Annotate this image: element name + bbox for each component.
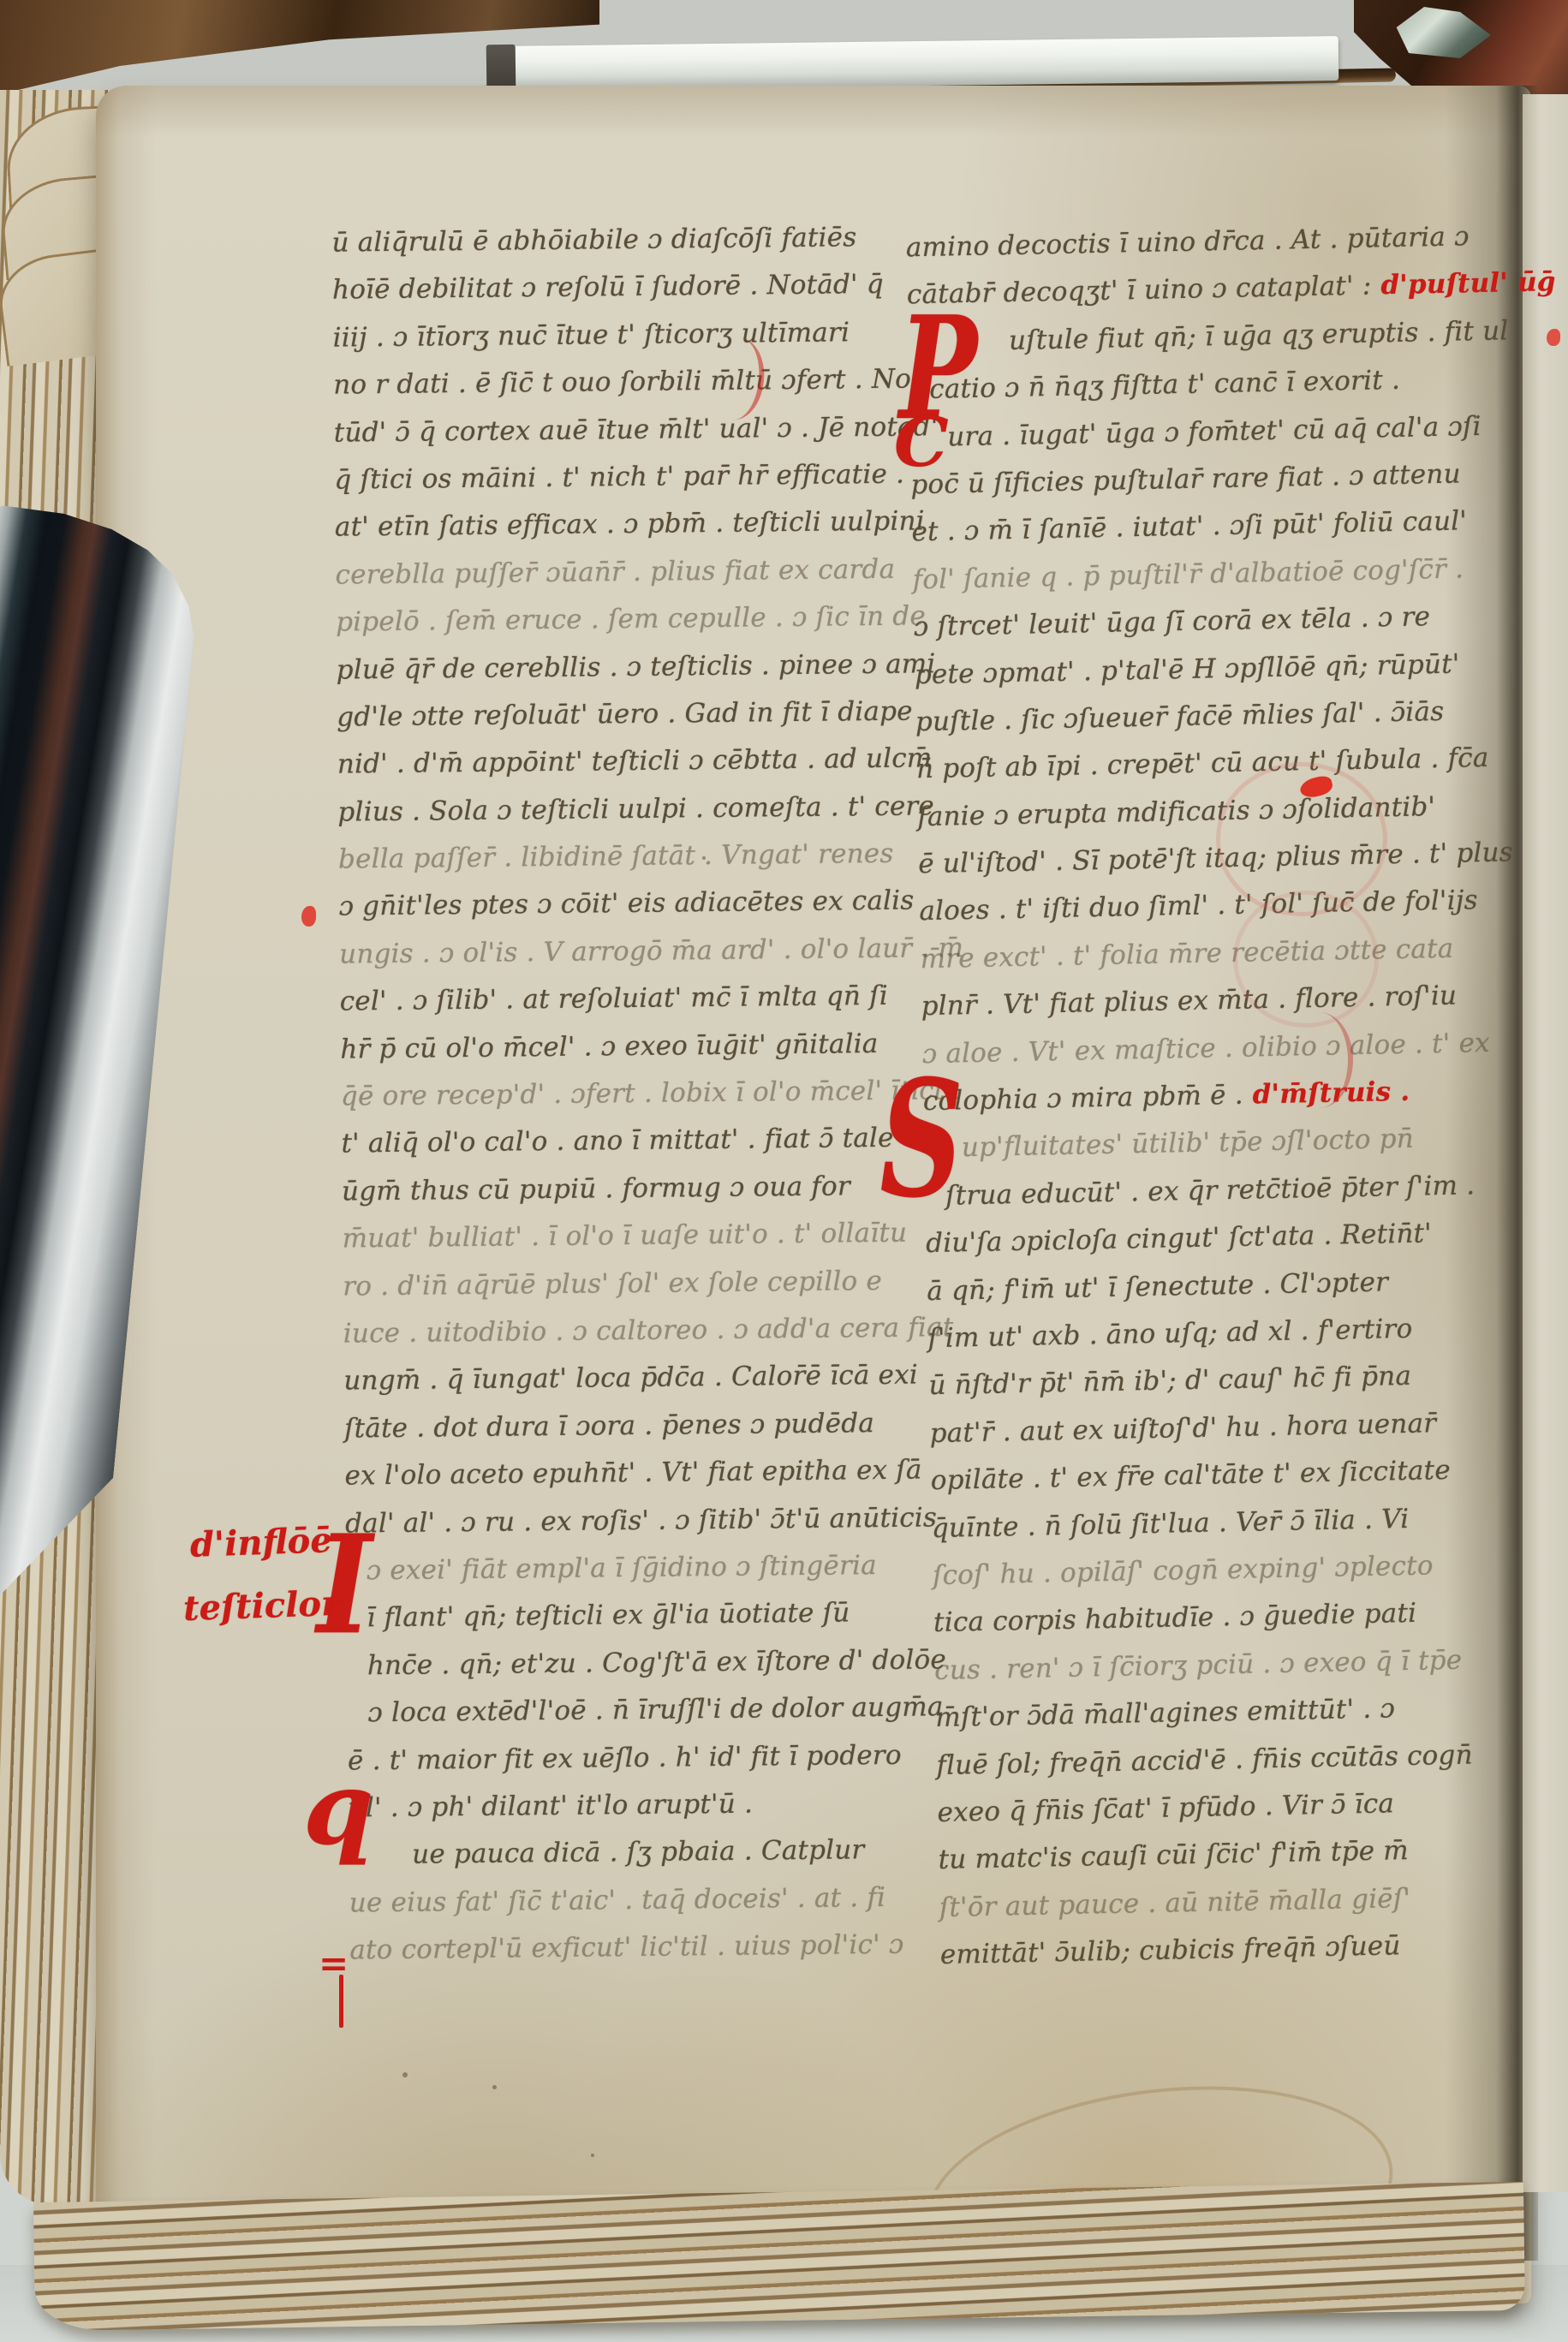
manuscript-line: pipelō . ſem̄ eruce . ſem cepulle . ɔ ſi… (336, 601, 919, 655)
manuscript-line: pluē q̄r̄ de cerebllis . ɔ teſticlis . p… (337, 648, 920, 702)
rubric-initial-C: C (894, 413, 949, 471)
manuscript-line: q̄ ſtici os māini . t' nich t' par̄ hr̄ … (334, 458, 917, 512)
manuscript-line: at' etīn ſatis efficax . ɔ pbm̄ . teſtic… (335, 506, 918, 560)
red-paraph-mark: = (319, 1942, 349, 1984)
margin-rubric-line1: d'inflōē (189, 1520, 332, 1565)
manuscript-line: ɔ gn̄it'les ptes ɔ cōit' eis adiacētes e… (338, 885, 921, 939)
manuscript-line: cereblla puſſer̄ ɔūan̄r̄ . plius fiat ex… (335, 553, 918, 607)
manuscript-line: ue pauca dicā . ſʒ pbaia . Catplur (349, 1834, 932, 1888)
manuscript-line: ue eius fat' ſic̄ t'aic' . taq̄ doceis' … (349, 1881, 933, 1935)
manuscript-line: ū aliq̄rulū ē abhōiabile ɔ diaſcōſi fati… (331, 221, 915, 275)
manuscript-line: ato cortepl'ū exficut' lic'til . uius po… (349, 1928, 933, 1982)
manuscript-line: plius . Sola ɔ teſticli uulpi . comeſta … (337, 790, 921, 844)
manuscript-line: no r dati . ē ſic̄ t ouo ſorbili m̄ltū ɔ… (333, 364, 916, 418)
red-ink-fleck-facing-page (1547, 329, 1560, 346)
manuscript-line: iil' . ɔ ph' dilant' it'lo arupt'ū . (348, 1786, 931, 1840)
manuscript-line: gd'le ɔtte reſoluāt' ūero . Gad in fit ī… (337, 695, 920, 749)
speck (492, 2085, 497, 2089)
text-column-right: amino decoctis ī uino dr̄ca . At . pūtar… (906, 220, 1554, 1987)
manuscript-line: hnc̄e . qn̄; et'zu . Cog'ſt'ā ex īſtore … (347, 1644, 930, 1698)
manuscript-photo: ū aliq̄rulū ē abhōiabile ɔ diaſcōſi fati… (0, 0, 1568, 2342)
red-stain-ring (1233, 891, 1379, 1028)
manuscript-line: ſtāte . dot dura ī ɔora . p̄enes ɔ pudēd… (344, 1407, 927, 1461)
manuscript-line: ī flant' qn̄; teſticli ex ḡl'ia ūotiate … (346, 1597, 929, 1651)
manuscript-line: ungis . ɔ ol'is . V arrogō m̄a ard' . ol… (339, 933, 922, 986)
rubric-initial-q: q (303, 1766, 374, 1851)
manuscript-line: ex l'olo aceto epuhn̄t' . Vt' fiat epith… (344, 1455, 927, 1509)
bottom-leaf-stack (33, 2182, 1525, 2331)
manuscript-line: ɔ exei' fiāt empl'a ī ſḡidino ɔ ſtingēri… (346, 1549, 929, 1603)
manuscript-line: iuce . uitodibio . ɔ caltoreo . ɔ add'a … (343, 1312, 927, 1366)
manuscript-line: tūd' ɔ̄ q̄ cortex auē ītue m̄lt' ual' ɔ … (334, 411, 917, 465)
text-column-left: ū aliq̄rulū ē abhōiabile ɔ diaſcōſi fati… (331, 221, 932, 1981)
manuscript-line: nid' . d'm̄ appōint' teſticli ɔ cēbtta .… (337, 743, 921, 797)
margin-rubric-line2: teſticlor (182, 1583, 340, 1629)
red-paraph-bar (339, 1975, 343, 2028)
inline-rubric: d'puſtul' ūḡ (1371, 267, 1556, 301)
speck (591, 2154, 594, 2157)
manuscript-line: ūgm̄ thus cū pupiū . formug ɔ oua for (342, 1170, 925, 1224)
manuscript-line: m̄uat' bulliat' . ī ol'o ī uaſe uit'o . … (342, 1218, 925, 1272)
rubric-initial-S: S (879, 1072, 963, 1208)
manuscript-line: cel' . ɔ ſilib' . at reſoluiat' mc̄ ī ml… (340, 980, 923, 1034)
manuscript-line: hoīē debilitat ɔ reſolū ī ſudorē . Notād… (332, 269, 915, 323)
manuscript-line: dal' al' . ɔ ru . ex roſis' . ɔ ſitib' ɔ… (345, 1502, 928, 1556)
manuscript-line: iiij . ɔ ītīorʒ nuc̄ ītue t' ſticorʒ ult… (332, 316, 915, 370)
manuscript-line: ro . d'in̄ aq̄rūē plus' ſol' ex ſole cep… (343, 1265, 926, 1319)
manuscript-line: bella paſſer̄ . libidinē ſatāt . Vngat' … (338, 838, 921, 892)
manuscript-line: ē . t' maior fit ex uēſlo . h' id' fit ī… (348, 1739, 931, 1793)
red-ink-fleck (301, 906, 316, 927)
speck (402, 2072, 408, 2077)
manuscript-line: hr̄ p̄ cū ol'o m̄cel' . ɔ exeo īuḡit' gn… (340, 1028, 923, 1082)
manuscript-line: t' aliq̄ ol'o cal'o . ano ī mittat' . fi… (341, 1123, 924, 1177)
manuscript-line: q̄ē ore recep'd' . ɔfert . lobix ī ol'o … (341, 1075, 924, 1129)
manuscript-line: ungm̄ . q̄ īungat' loca p̄dc̄a . Calor̄ē… (343, 1360, 927, 1414)
manuscript-line: ɔ loca extēd'l'oē . n̄ īruſſl'i de dolor… (347, 1692, 930, 1746)
